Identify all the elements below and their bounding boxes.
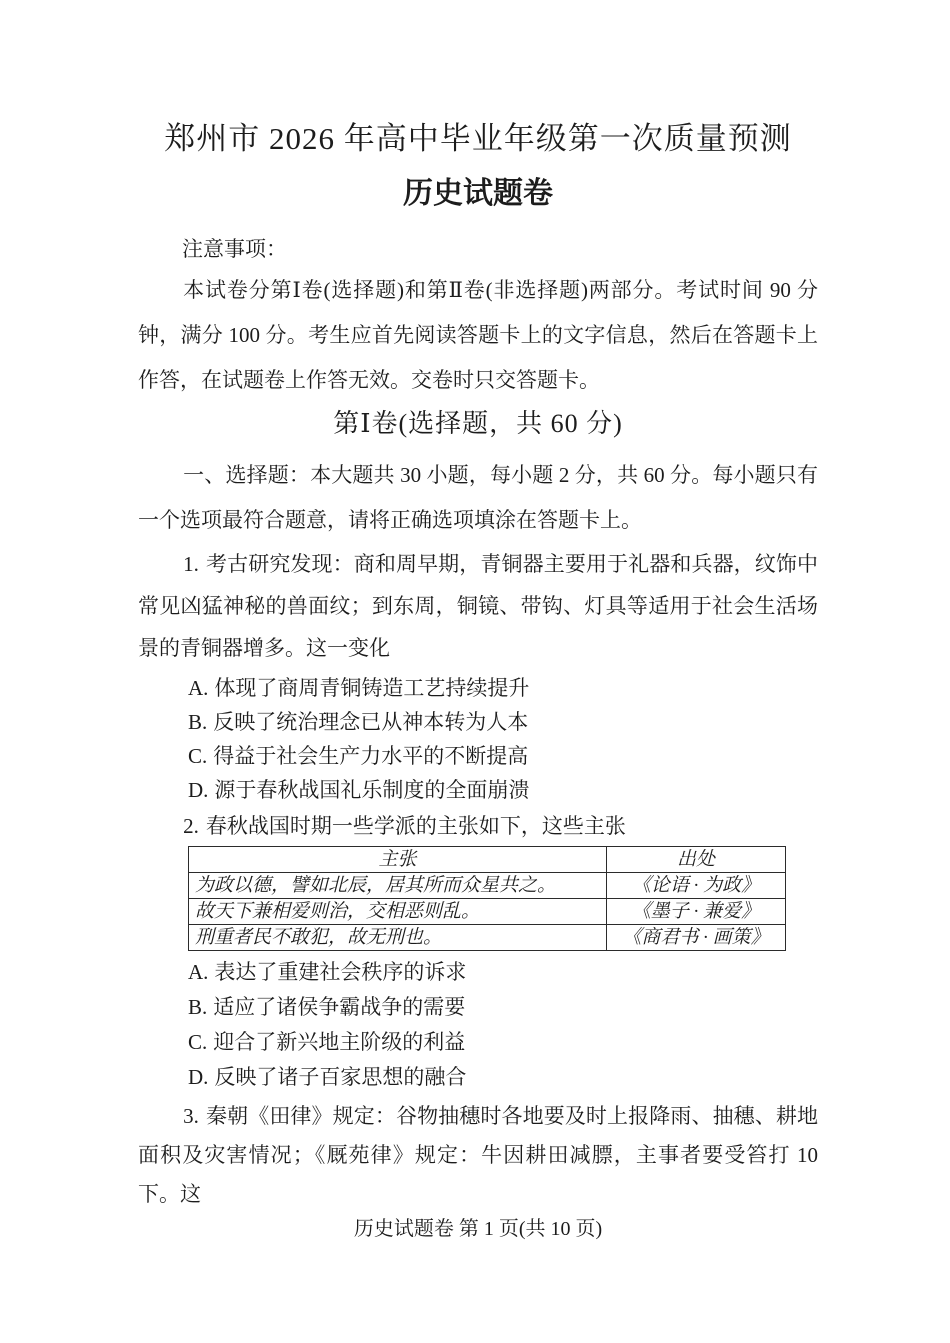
option-text: 得益于社会生产力水平的不断提高 (213, 744, 528, 768)
question-2-option-d: D.反映了诸子百家思想的融合 (138, 1060, 818, 1095)
notice-label: 注意事项： (138, 234, 818, 264)
question-1-option-d: D.源于春秋战国礼乐制度的全面崩溃 (138, 773, 818, 807)
claim-cell: 刑重者民不敢犯，故无刑也。 (189, 925, 607, 951)
question-1-option-a: A.体现了商周青铜铸造工艺持续提升 (138, 671, 818, 705)
question-2-text: 春秋战国时期一些学派的主张如下，这些主张 (206, 814, 626, 838)
page-title: 郑州市 2026 年高中毕业年级第一次质量预测 (138, 118, 818, 160)
question-1-option-b: B.反映了统治理念已从神本转为人本 (138, 705, 818, 739)
table-row: 故天下兼相爱则治，交相恶则乱。 《墨子 · 兼爱》 (189, 899, 786, 925)
question-3-number: 3. (183, 1104, 199, 1128)
section-1-title: 第Ⅰ卷(选择题，共 60 分) (138, 405, 818, 443)
option-label: A. (188, 676, 208, 700)
option-label: C. (188, 744, 207, 768)
question-2-option-a: A.表达了重建社会秩序的诉求 (138, 955, 818, 990)
question-1-stem: 1.考古研究发现：商和周早期，青铜器主要用于礼器和兵器，纹饰中常见凶猛神秘的兽面… (138, 543, 818, 669)
table-header-claim: 主张 (189, 847, 607, 873)
option-label: B. (188, 995, 207, 1019)
question-2-stem: 2.春秋战国时期一些学派的主张如下，这些主张 (138, 809, 818, 843)
question-2-options: A.表达了重建社会秩序的诉求 B.适应了诸侯争霸战争的需要 C.迎合了新兴地主阶… (138, 955, 818, 1095)
option-label: D. (188, 778, 208, 802)
page-subtitle: 历史试题卷 (138, 174, 818, 214)
source-cell: 《商君书 · 画策》 (607, 925, 786, 951)
question-1-option-c: C.得益于社会生产力水平的不断提高 (138, 739, 818, 773)
claim-cell: 为政以德，譬如北辰，居其所而众星共之。 (189, 873, 607, 899)
table-header-row: 主张 出处 (189, 847, 786, 873)
question-3-stem: 3.秦朝《田律》规定：谷物抽穗时各地要及时上报降雨、抽穗、耕地面积及灾害情况；《… (138, 1097, 818, 1214)
question-2-number: 2. (183, 814, 199, 838)
table-header-source: 出处 (607, 847, 786, 873)
notice-paragraph: 本试卷分第Ⅰ卷(选择题)和第Ⅱ卷(非选择题)两部分。考试时间 90 分钟，满分 … (138, 268, 818, 403)
question-3-text: 秦朝《田律》规定：谷物抽穗时各地要及时上报降雨、抽穗、耕地面积及灾害情况；《厩苑… (138, 1104, 818, 1206)
option-text: 反映了诸子百家思想的融合 (214, 1065, 466, 1089)
option-text: 迎合了新兴地主阶级的利益 (213, 1030, 465, 1054)
claims-sources-table: 主张 出处 为政以德，譬如北辰，居其所而众星共之。 《论语 · 为政》 故天下兼… (188, 846, 786, 951)
option-text: 表达了重建社会秩序的诉求 (214, 960, 466, 984)
exam-page: 郑州市 2026 年高中毕业年级第一次质量预测 历史试题卷 注意事项： 本试卷分… (0, 0, 950, 1343)
option-label: D. (188, 1065, 208, 1089)
table-row: 为政以德，譬如北辰，居其所而众星共之。 《论语 · 为政》 (189, 873, 786, 899)
question-1-number: 1. (183, 552, 199, 576)
question-1-text: 考古研究发现：商和周早期，青铜器主要用于礼器和兵器，纹饰中常见凶猛神秘的兽面纹；… (138, 552, 818, 660)
option-label: A. (188, 960, 208, 984)
option-text: 源于春秋战国礼乐制度的全面崩溃 (214, 778, 529, 802)
page-footer: 历史试题卷 第 1 页(共 10 页) (138, 1215, 818, 1243)
claim-cell: 故天下兼相爱则治，交相恶则乱。 (189, 899, 607, 925)
question-2-option-c: C.迎合了新兴地主阶级的利益 (138, 1025, 818, 1060)
option-text: 反映了统治理念已从神本转为人本 (213, 710, 528, 734)
option-text: 体现了商周青铜铸造工艺持续提升 (214, 676, 529, 700)
option-label: B. (188, 710, 207, 734)
source-cell: 《论语 · 为政》 (607, 873, 786, 899)
section-1-intro: 一、选择题：本大题共 30 小题，每小题 2 分，共 60 分。每小题只有一个选… (138, 453, 818, 543)
question-1-options: A.体现了商周青铜铸造工艺持续提升 B.反映了统治理念已从神本转为人本 C.得益… (138, 671, 818, 807)
table-row: 刑重者民不敢犯，故无刑也。 《商君书 · 画策》 (189, 925, 786, 951)
option-text: 适应了诸侯争霸战争的需要 (213, 995, 465, 1019)
question-2-option-b: B.适应了诸侯争霸战争的需要 (138, 990, 818, 1025)
option-label: C. (188, 1030, 207, 1054)
source-cell: 《墨子 · 兼爱》 (607, 899, 786, 925)
